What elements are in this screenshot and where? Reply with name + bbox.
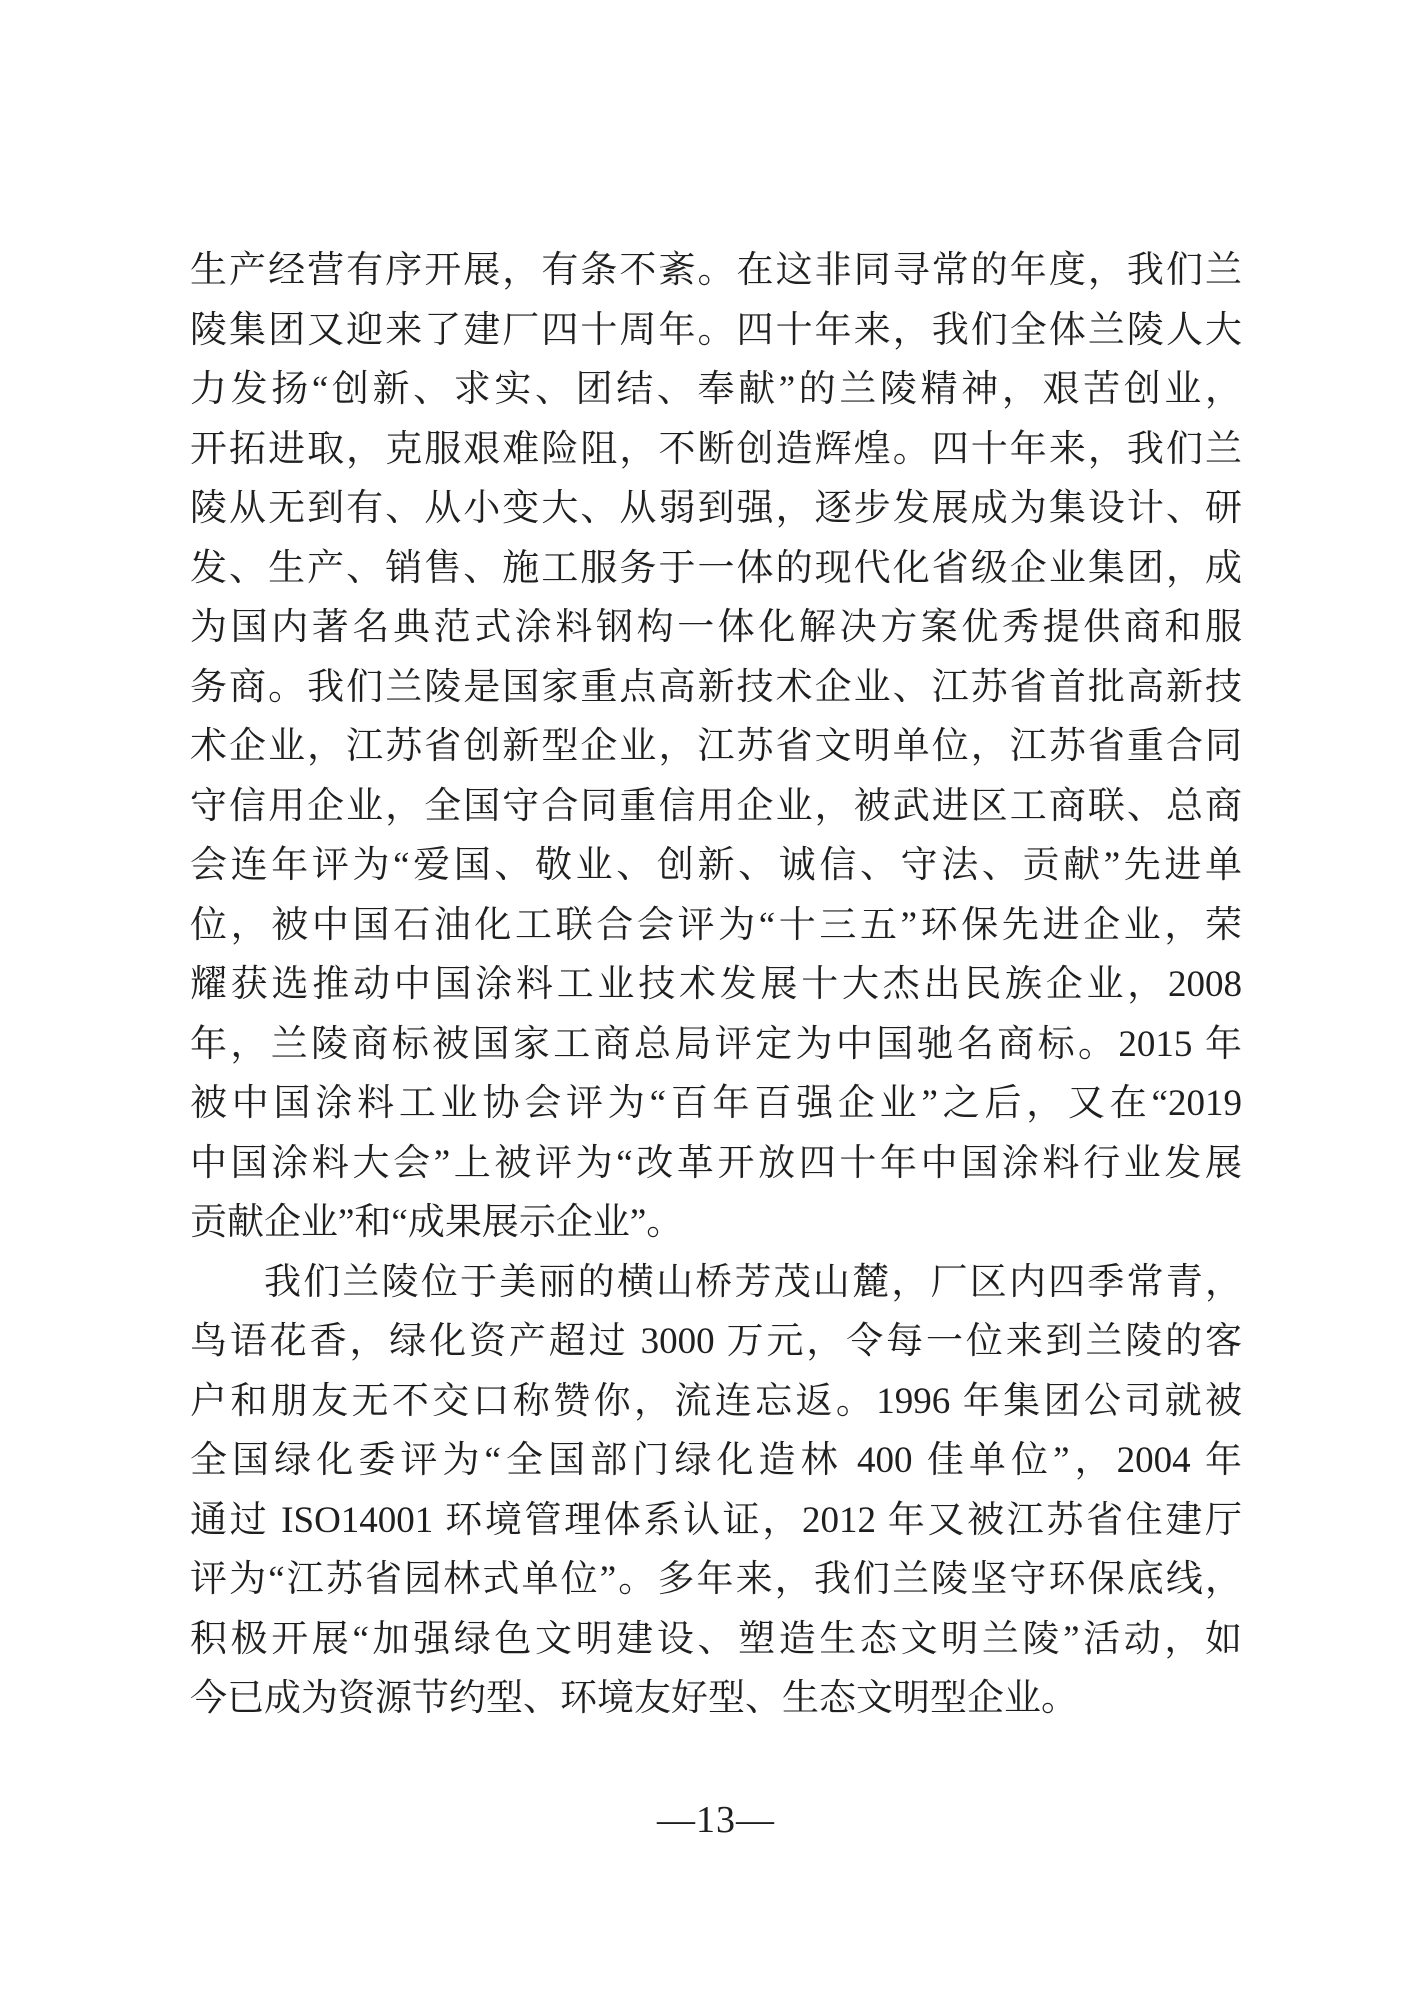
text-line-paragraph-end: 今已成为资源节约型、环境友好型、生态文明型企业。 <box>190 1669 1242 1729</box>
text-line-paragraph-end: 贡献企业”和“成果展示企业”。 <box>190 1193 1242 1253</box>
text-line: 陵集团又迎来了建厂四十周年。四十年来，我们全体兰陵人大 <box>190 301 1242 361</box>
text-line: 开拓进取，克服艰难险阻，不断创造辉煌。四十年来，我们兰 <box>190 420 1242 480</box>
text-line: 被中国涂料工业协会评为“百年百强企业”之后，又在“2019 <box>190 1074 1242 1134</box>
text-line: 评为“江苏省园林式单位”。多年来，我们兰陵坚守环保底线， <box>190 1550 1242 1610</box>
text-line: 鸟语花香，绿化资产超过 3000 万元，令每一位来到兰陵的客 <box>190 1312 1242 1372</box>
text-line: 守信用企业，全国守合同重信用企业，被武进区工商联、总商 <box>190 777 1242 837</box>
text-line: 术企业，江苏省创新型企业，江苏省文明单位，江苏省重合同 <box>190 717 1242 777</box>
document-body: 生产经营有序开展，有条不紊。在这非同寻常的年度，我们兰 陵集团又迎来了建厂四十周… <box>190 241 1242 1729</box>
text-line: 户和朋友无不交口称赞你，流连忘返。1996 年集团公司就被 <box>190 1372 1242 1432</box>
text-line-paragraph-start: 我们兰陵位于美丽的横山桥芳茂山麓，厂区内四季常青， <box>190 1253 1242 1313</box>
text-line: 陵从无到有、从小变大、从弱到强，逐步发展成为集设计、研 <box>190 479 1242 539</box>
text-line: 年，兰陵商标被国家工商总局评定为中国驰名商标。2015 年 <box>190 1015 1242 1075</box>
text-line: 力发扬“创新、求实、团结、奉献”的兰陵精神，艰苦创业， <box>190 360 1242 420</box>
text-line: 积极开展“加强绿色文明建设、塑造生态文明兰陵”活动，如 <box>190 1610 1242 1670</box>
text-line: 位，被中国石油化工联合会评为“十三五”环保先进企业，荣 <box>190 896 1242 956</box>
document-page: 生产经营有序开展，有条不紊。在这非同寻常的年度，我们兰 陵集团又迎来了建厂四十周… <box>0 0 1415 2000</box>
text-line: 发、生产、销售、施工服务于一体的现代化省级企业集团，成 <box>190 539 1242 599</box>
text-line: 耀获选推动中国涂料工业技术发展十大杰出民族企业，2008 <box>190 955 1242 1015</box>
text-line: 通过 ISO14001 环境管理体系认证，2012 年又被江苏省住建厅 <box>190 1491 1242 1551</box>
text-line: 务商。我们兰陵是国家重点高新技术企业、江苏省首批高新技 <box>190 658 1242 718</box>
text-line: 全国绿化委评为“全国部门绿化造林 400 佳单位”，2004 年 <box>190 1431 1242 1491</box>
text-line: 生产经营有序开展，有条不紊。在这非同寻常的年度，我们兰 <box>190 241 1242 301</box>
page-number: —13— <box>190 1798 1242 1842</box>
text-line: 会连年评为“爱国、敬业、创新、诚信、守法、贡献”先进单 <box>190 836 1242 896</box>
text-line: 为国内著名典范式涂料钢构一体化解决方案优秀提供商和服 <box>190 598 1242 658</box>
text-line: 中国涂料大会”上被评为“改革开放四十年中国涂料行业发展 <box>190 1134 1242 1194</box>
